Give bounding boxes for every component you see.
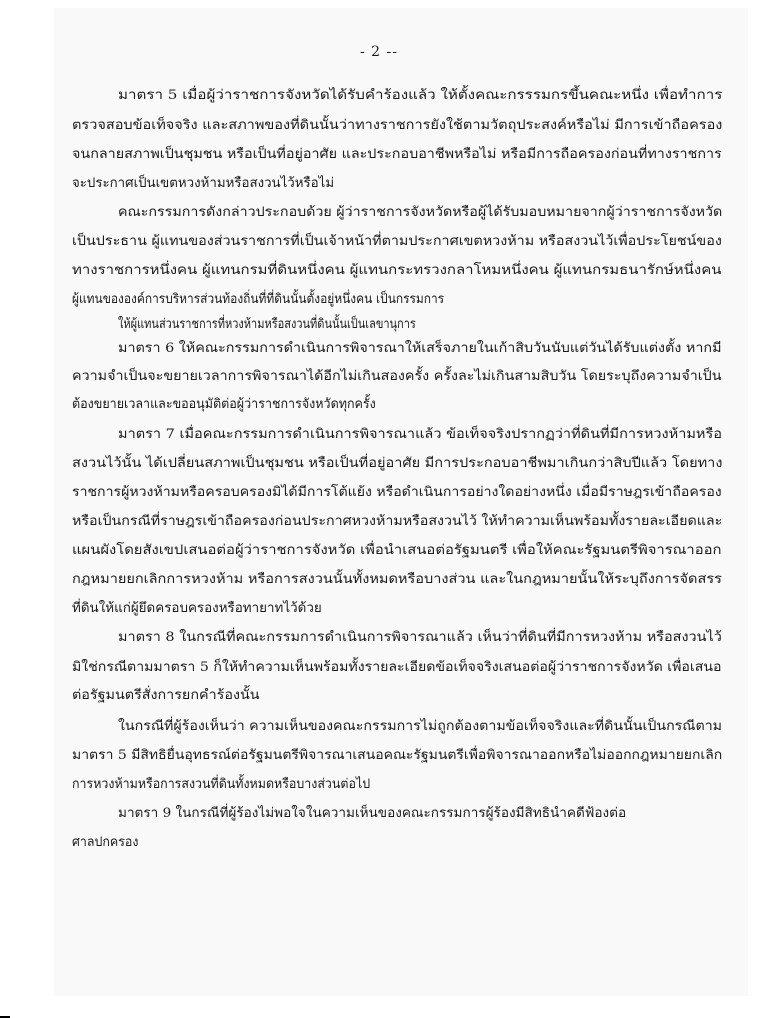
text-line: จะประกาศเป็นเขตหวงห้ามหรือสงวนไว้หรือไม่ [72, 175, 334, 193]
text-line: ต่อรัฐมนตรีสั่งการยกคำร้องนั้น [72, 687, 260, 705]
text-line: สงวนไว้นั้น ได้เปลี่ยนสภาพเป็นชุมชน หรือ… [72, 455, 722, 473]
text-line: ศาลปกครอง [72, 834, 138, 852]
text-line: กฎหมายยกเลิกการหวงห้าม หรือการสงวนนั้นทั… [72, 571, 722, 589]
text-line: แผนผังโดยสังเขปเสนอต่อผู้ว่าราชการจังหวั… [72, 542, 721, 560]
text-line: ให้ผู้แทนส่วนราชการที่หวงห้ามหรือสงวนที่… [118, 316, 416, 334]
text-line: ที่ดินให้แก่ผู้ยึดครอบครองหรือทายาทไว้ด้… [72, 600, 322, 618]
text-line: ผู้แทนขององค์การบริหารส่วนท้องถิ่นที่ที่… [72, 291, 444, 309]
text-line: ความจำเป็นจะขยายเวลาการพิจารณาได้อีกไม่เ… [72, 368, 722, 386]
text-line: มาตรา 5 เมื่อผู้ว่าราชการจังหวัดได้รับคำ… [118, 87, 722, 105]
text-line: ตรวจสอบข้อเท็จจริง และสภาพของที่ดินนั้นว… [72, 117, 722, 135]
text-line: มาตรา 5 มีสิทธิยื่นอุทธรณ์ต่อรัฐมนตรีพิจ… [72, 747, 722, 765]
page-number: - 2 -- [360, 44, 398, 60]
text-line: ราชการผู้หวงห้ามหรือครอบครองมิได้มีการโต… [72, 484, 722, 502]
text-line: การหวงห้ามหรือการสงวนที่ดินทั้งหมดหรือบา… [72, 776, 370, 794]
text-line: หรือเป็นกรณีที่ราษฎรเข้าถือครองก่อนประกา… [72, 513, 722, 531]
text-line: มาตรา 9 ในกรณีที่ผู้ร้องไม่พอใจในความเห็… [118, 805, 626, 823]
text-line: มาตรา 8 ในกรณีที่คณะกรรมการดำเนินการพิจา… [118, 629, 722, 647]
text-line: จนกลายสภาพเป็นชุมชน หรือเป็นที่อยู่อาศัย… [72, 146, 722, 164]
text-line: เป็นประธาน ผู้แทนของส่วนราชการที่เป็นเจ้… [72, 233, 722, 251]
text-line: ในกรณีที่ผู้ร้องเห็นว่า ความเห็นของคณะกร… [118, 718, 722, 736]
text-line: ทางราชการหนึ่งคน ผู้แทนกรมที่ดินหนึ่งคน … [72, 262, 721, 280]
text-line: คณะกรรมการดังกล่าวประกอบด้วย ผู้ว่าราชกา… [118, 204, 722, 222]
text-line: มาตรา 7 เมื่อคณะกรรมการดำเนินการพิจารณาแ… [118, 426, 722, 444]
text-line: มิใช่กรณีตามมาตรา 5 ก็ให้ทำความเห็นพร้อม… [72, 659, 721, 677]
text-line: ต้องขยายเวลาและขออนุมัติต่อผู้ว่าราชการจ… [72, 396, 376, 414]
text-line: มาตรา 6 ให้คณะกรรมการดำเนินการพิจารณาให้… [118, 340, 722, 358]
